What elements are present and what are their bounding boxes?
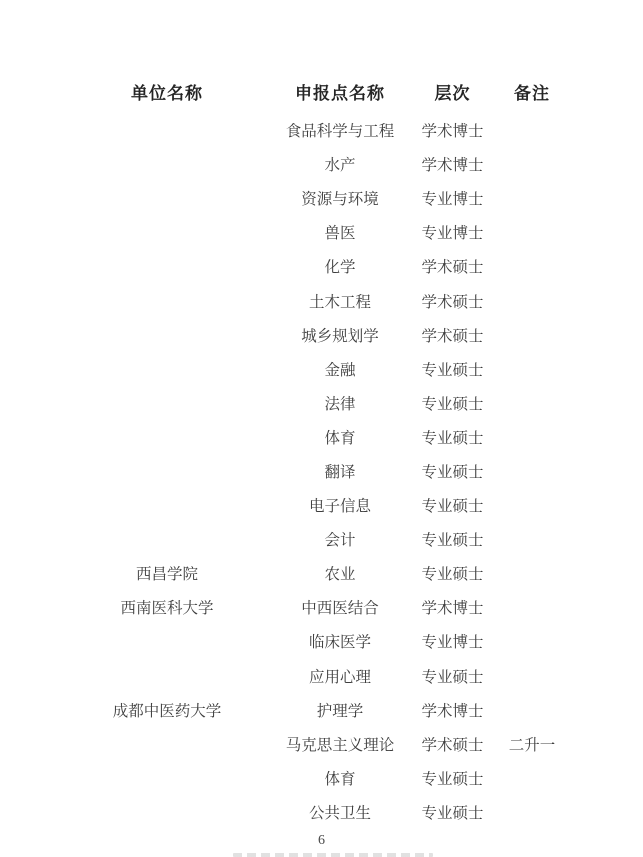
level-cell: 专业硕士: [403, 460, 502, 482]
program-name-cell: 农业: [277, 562, 403, 584]
table-row: 食品科学与工程 学术博士: [0, 113, 643, 147]
document-page: 单位名称 申报点名称 层次 备注 食品科学与工程 学术博士 水产 学术博士 资源…: [0, 0, 643, 857]
column-header-program: 申报点名称: [277, 79, 403, 104]
program-name-cell: 中西医结合: [277, 596, 403, 618]
program-name-cell: 翻译: [277, 460, 403, 482]
level-cell: 学术硕士: [403, 324, 502, 346]
column-header-level: 层次: [403, 79, 502, 104]
program-name-cell: 体育: [277, 426, 403, 448]
table-row: 资源与环境 专业博士: [0, 181, 643, 215]
note-cell: 二升一: [502, 733, 562, 755]
table-row: 化学 学术硕士: [0, 249, 643, 283]
program-name-cell: 化学: [277, 255, 403, 277]
level-cell: 专业博士: [403, 187, 502, 209]
level-cell: 专业硕士: [403, 494, 502, 516]
level-cell: 学术硕士: [403, 255, 502, 277]
table-row: 公共卫生 专业硕士: [0, 795, 643, 829]
program-name-cell: 护理学: [277, 699, 403, 721]
table-row: 体育 专业硕士: [0, 761, 643, 795]
program-name-cell: 应用心理: [277, 665, 403, 687]
table-row: 应用心理 专业硕士: [0, 659, 643, 693]
table-body: 食品科学与工程 学术博士 水产 学术博士 资源与环境 专业博士 兽医 专业博士 …: [0, 113, 643, 829]
table-row: 马克思主义理论 学术硕士 二升一: [0, 727, 643, 761]
program-name-cell: 马克思主义理论: [277, 733, 403, 755]
program-name-cell: 水产: [277, 153, 403, 175]
program-name-cell: 会计: [277, 528, 403, 550]
level-cell: 专业硕士: [403, 665, 502, 687]
unit-name-cell: 西昌学院: [57, 562, 277, 584]
unit-name-cell: 西南医科大学: [57, 596, 277, 618]
program-name-cell: 体育: [277, 767, 403, 789]
table-row: 法律 专业硕士: [0, 386, 643, 420]
table-header-row: 单位名称 申报点名称 层次 备注: [0, 78, 643, 104]
page-number: 6: [0, 833, 643, 849]
level-cell: 专业硕士: [403, 392, 502, 414]
level-cell: 学术硕士: [403, 733, 502, 755]
program-name-cell: 法律: [277, 392, 403, 414]
unit-name-cell: 成都中医药大学: [57, 699, 277, 721]
level-cell: 学术博士: [403, 699, 502, 721]
column-header-unit: 单位名称: [57, 79, 277, 104]
table-row: 临床医学 专业博士: [0, 624, 643, 658]
table-row: 体育 专业硕士: [0, 420, 643, 454]
level-cell: 专业硕士: [403, 562, 502, 584]
program-name-cell: 土木工程: [277, 290, 403, 312]
column-header-note: 备注: [502, 79, 562, 104]
program-name-cell: 资源与环境: [277, 187, 403, 209]
program-name-cell: 金融: [277, 358, 403, 380]
level-cell: 专业硕士: [403, 426, 502, 448]
program-name-cell: 公共卫生: [277, 801, 403, 823]
level-cell: 学术博士: [403, 119, 502, 141]
level-cell: 专业硕士: [403, 767, 502, 789]
table-row: 土木工程 学术硕士: [0, 283, 643, 317]
level-cell: 专业博士: [403, 630, 502, 652]
table-row: 金融 专业硕士: [0, 352, 643, 386]
level-cell: 专业博士: [403, 221, 502, 243]
table-row: 会计 专业硕士: [0, 522, 643, 556]
program-name-cell: 城乡规划学: [277, 324, 403, 346]
program-name-cell: 兽医: [277, 221, 403, 243]
table-row: 城乡规划学 学术硕士: [0, 318, 643, 352]
table-row: 兽医 专业博士: [0, 215, 643, 249]
level-cell: 专业硕士: [403, 528, 502, 550]
level-cell: 学术硕士: [403, 290, 502, 312]
truncated-bottom-text-artifact: [233, 853, 433, 857]
program-name-cell: 临床医学: [277, 630, 403, 652]
level-cell: 专业硕士: [403, 358, 502, 380]
level-cell: 专业硕士: [403, 801, 502, 823]
table-row: 成都中医药大学 护理学 学术博士: [0, 693, 643, 727]
table-row: 电子信息 专业硕士: [0, 488, 643, 522]
table-row: 西南医科大学 中西医结合 学术博士: [0, 590, 643, 624]
table-row: 西昌学院 农业 专业硕士: [0, 556, 643, 590]
program-name-cell: 电子信息: [277, 494, 403, 516]
table-row: 翻译 专业硕士: [0, 454, 643, 488]
level-cell: 学术博士: [403, 596, 502, 618]
level-cell: 学术博士: [403, 153, 502, 175]
program-name-cell: 食品科学与工程: [277, 119, 403, 141]
table-row: 水产 学术博士: [0, 147, 643, 181]
